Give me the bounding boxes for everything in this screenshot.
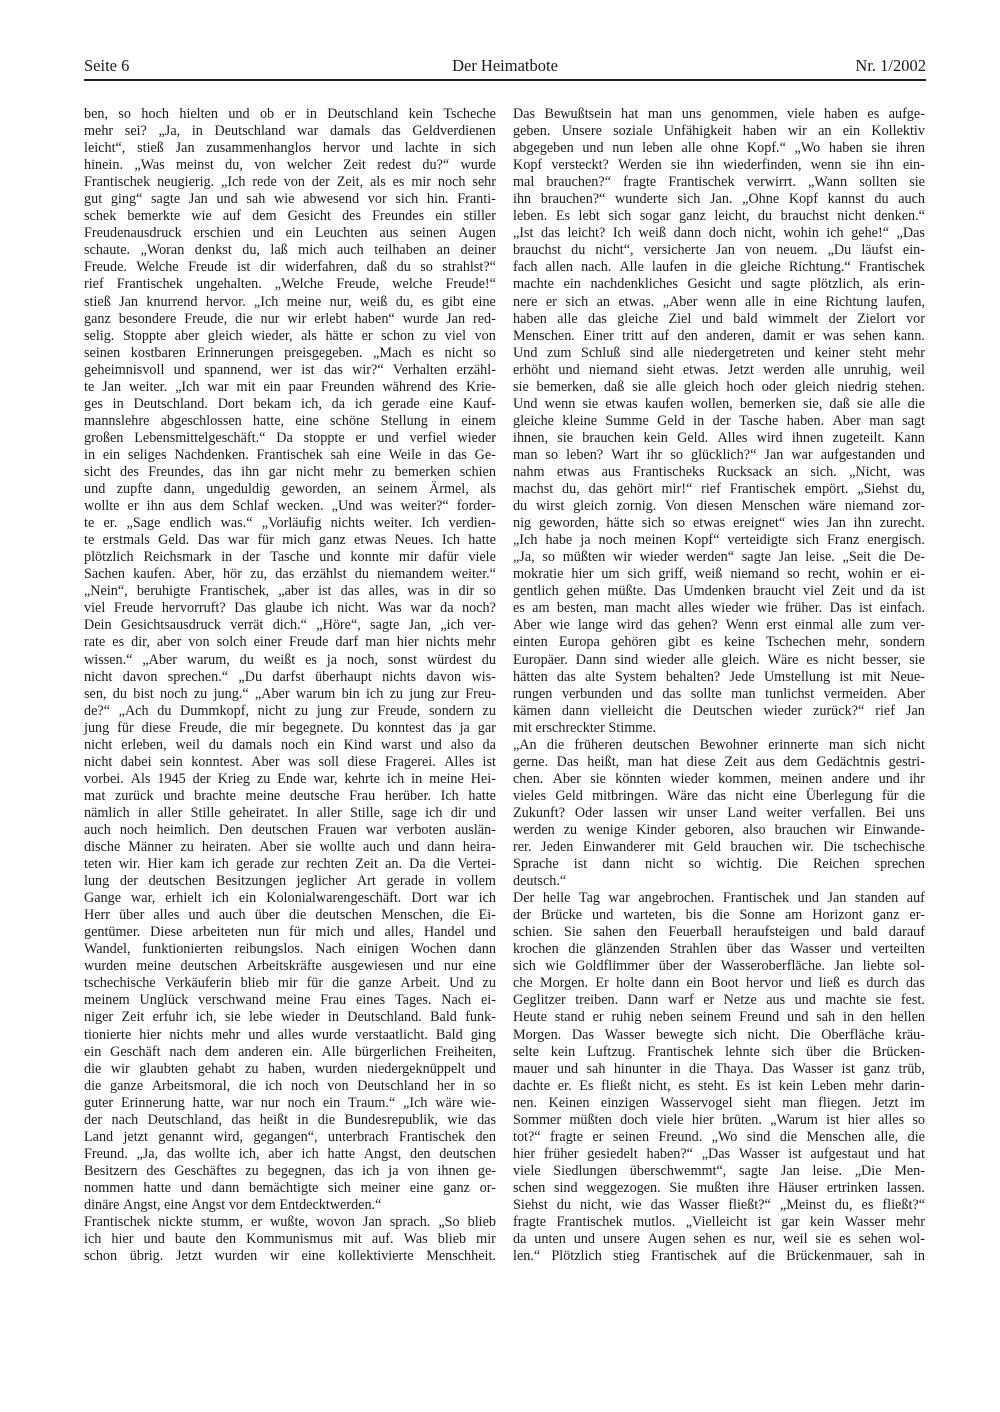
word: Welche xyxy=(136,259,178,276)
text-line: Freude.WelcheFreudeistdirwiderfahren,daß… xyxy=(84,259,496,276)
word: Sie xyxy=(564,924,582,941)
word: Land xyxy=(727,805,756,822)
word: ihn xyxy=(241,464,259,481)
word: Gesicht xyxy=(288,208,331,225)
word: kam xyxy=(180,856,204,873)
word: sie xyxy=(851,157,867,174)
word: er xyxy=(128,498,139,515)
word: in xyxy=(464,1078,475,1095)
word: Ich xyxy=(441,788,459,805)
word: gehen? xyxy=(677,617,717,634)
word: du, xyxy=(225,157,243,174)
word: tritt xyxy=(622,328,643,345)
word: und xyxy=(904,447,925,464)
word: man xyxy=(628,754,652,771)
word: Es xyxy=(556,208,570,225)
word: weiß xyxy=(695,566,723,583)
word: darfst xyxy=(272,669,304,686)
word: wieder xyxy=(711,600,750,617)
word: alte xyxy=(585,669,605,686)
word: was xyxy=(288,754,310,771)
word: sich xyxy=(714,1027,737,1044)
word: auch xyxy=(219,907,246,924)
word: ohne xyxy=(711,140,739,157)
word: wieder xyxy=(457,430,496,447)
word: Menschheit. xyxy=(426,1248,496,1265)
word: man xyxy=(365,634,389,651)
word: Erinnerung xyxy=(121,1095,185,1112)
word: die xyxy=(879,549,896,566)
word: nichts xyxy=(382,669,416,686)
word: nichts xyxy=(169,1027,203,1044)
word: verfallen. xyxy=(812,805,866,822)
word: eine xyxy=(302,1248,326,1265)
word: sagt xyxy=(902,413,925,430)
word: ganz xyxy=(319,532,346,549)
word: Frantischek xyxy=(84,1214,150,1231)
word: und xyxy=(795,992,816,1009)
word: einfach. xyxy=(880,600,925,617)
word: zurück?“ xyxy=(813,703,864,720)
word: von xyxy=(254,157,275,174)
word: kannst xyxy=(828,191,865,208)
word: nere xyxy=(513,294,537,311)
word: in xyxy=(138,805,149,822)
word: Tasche xyxy=(270,549,309,566)
word: in xyxy=(914,1248,925,1265)
word: soziale xyxy=(613,123,652,140)
word: Frantischek xyxy=(647,1044,713,1061)
word: glücklich?“ xyxy=(691,447,756,464)
word: weiter xyxy=(766,805,801,822)
word: dabei xyxy=(121,754,152,771)
word: was xyxy=(823,328,845,345)
word: Geld. xyxy=(677,430,708,447)
word: Jetzt xyxy=(872,1095,898,1112)
word: Wasser xyxy=(739,1146,780,1163)
word: macht xyxy=(636,600,671,617)
word: Ich xyxy=(421,515,439,532)
word: Nach xyxy=(315,941,345,958)
word: knurrend xyxy=(146,294,197,311)
word: Sie xyxy=(669,1180,687,1197)
word: brauchen xyxy=(582,430,634,447)
word: „Seit xyxy=(843,549,871,566)
word: in xyxy=(438,583,449,600)
word: „Was xyxy=(134,157,164,174)
word: in xyxy=(328,1009,339,1026)
word: etwas xyxy=(693,515,725,532)
word: ich, xyxy=(301,396,322,413)
word: wie xyxy=(191,208,212,225)
word: die xyxy=(433,856,450,873)
word: Dein xyxy=(84,617,112,634)
word: Schlaf xyxy=(232,498,268,515)
word: unruhig, xyxy=(844,362,892,379)
word: fließt?“ xyxy=(882,1197,925,1214)
text-line: derBrückeundwarteten,bisdieSonneamHorizo… xyxy=(513,907,925,924)
word: Wasser xyxy=(845,1214,886,1231)
word: übrig. xyxy=(130,1248,164,1265)
word: sich xyxy=(796,532,819,549)
word: an xyxy=(437,242,450,259)
word: zornig. xyxy=(616,498,656,515)
word: glaubten xyxy=(139,1061,188,1078)
word: wie xyxy=(621,1197,642,1214)
word: das xyxy=(448,447,467,464)
word: es xyxy=(422,345,434,362)
word: Und xyxy=(513,345,537,362)
word: ereignet“ xyxy=(733,515,785,532)
word: er. xyxy=(558,1078,572,1095)
word: Frantischek, xyxy=(199,583,269,600)
word: ich xyxy=(425,805,442,822)
word: und xyxy=(558,362,579,379)
word: zor- xyxy=(902,498,925,515)
text-line: miterschreckterStimme. xyxy=(513,720,925,737)
word: er- xyxy=(909,907,924,924)
word: dachte xyxy=(513,1078,550,1095)
word: für xyxy=(257,532,274,549)
word: verbunden xyxy=(562,686,622,703)
word: Freund. xyxy=(659,1129,703,1146)
word: rede xyxy=(252,174,276,191)
word: noch xyxy=(287,1095,315,1112)
word: als xyxy=(370,174,386,191)
word: Einwande- xyxy=(863,822,924,839)
word: Freude xyxy=(289,634,328,651)
word: in xyxy=(429,447,440,464)
word: Oberfläche xyxy=(821,1027,884,1044)
word: „Warum xyxy=(770,1112,818,1129)
word: sehen xyxy=(859,1231,891,1248)
word: keiner xyxy=(814,345,849,362)
word: Siedlungen xyxy=(553,1163,617,1180)
word: weil xyxy=(901,362,925,379)
word: sicht xyxy=(84,464,111,481)
word: Reichen xyxy=(813,856,859,873)
word: den xyxy=(216,1231,237,1248)
word: bis xyxy=(686,907,703,924)
word: Kopf xyxy=(789,191,818,208)
word: Von xyxy=(665,498,688,515)
word: brauchen?“ xyxy=(541,191,606,208)
word: Freude!“ xyxy=(446,276,496,293)
text-line: Frantischekneugierig.„IchredevonderZeit,… xyxy=(84,174,496,191)
word: und xyxy=(475,805,496,822)
word: hinein. xyxy=(84,157,123,174)
word: etwas. xyxy=(683,362,719,379)
word: mich xyxy=(315,924,343,941)
word: wenn xyxy=(706,294,737,311)
word: nicht xyxy=(735,788,763,805)
word: die xyxy=(568,941,585,958)
word: brauchst xyxy=(513,242,561,259)
word: wie xyxy=(447,1112,468,1129)
word: ob xyxy=(260,106,274,123)
word: wimmelt xyxy=(768,311,818,328)
word: „Ich xyxy=(221,174,245,191)
word: es xyxy=(867,106,879,123)
word: uns xyxy=(905,805,925,822)
word: Schluß xyxy=(581,345,620,362)
text-line: „AndiefrüherendeutschenBewohnererinnerte… xyxy=(513,737,925,754)
word: meiner xyxy=(361,1180,400,1197)
word: er xyxy=(285,106,296,123)
word: dafür xyxy=(429,549,459,566)
word: red- xyxy=(473,311,496,328)
word: in xyxy=(670,1061,681,1078)
word: genannt xyxy=(158,1129,203,1146)
word: als xyxy=(873,276,889,293)
word: stieß xyxy=(137,140,164,157)
word: du, xyxy=(907,481,925,498)
word: wäre xyxy=(808,498,836,515)
word: Umdenken xyxy=(683,583,745,600)
word: Geglitzer xyxy=(513,992,566,1009)
word: und xyxy=(582,140,603,157)
word: wohin xyxy=(848,566,883,583)
word: Lebensmittelgeschäft.“ xyxy=(134,430,265,447)
word: ja xyxy=(460,720,470,737)
word: lassen xyxy=(613,805,648,822)
word: begegnete. xyxy=(282,720,343,737)
word: ich xyxy=(212,890,229,907)
text-line: dieganzeArbeitsmoral,dieichnochvonDeutsc… xyxy=(84,1078,496,1095)
word: die xyxy=(84,1078,101,1095)
word: Bewußtsein xyxy=(545,106,612,123)
word: über xyxy=(727,941,752,958)
word: Men- xyxy=(894,1163,925,1180)
word: vielleicht xyxy=(600,703,653,720)
word: nommen xyxy=(84,1180,134,1197)
word: Vertei- xyxy=(457,856,496,873)
word: De- xyxy=(904,549,925,566)
word: sie xyxy=(871,140,887,157)
word: in xyxy=(843,1009,854,1026)
word: nämlich xyxy=(84,805,130,822)
word: Morgen. xyxy=(540,975,588,992)
word: teten xyxy=(84,856,112,873)
word: in xyxy=(84,447,95,464)
word: Frantischek xyxy=(723,890,789,907)
word: rief xyxy=(84,276,104,293)
word: Zukunft? xyxy=(513,805,565,822)
word: und xyxy=(798,890,819,907)
word: haben xyxy=(824,106,858,123)
word: wurde xyxy=(403,311,438,328)
word: gibt xyxy=(442,294,464,311)
word: auch xyxy=(337,242,364,259)
word: dann, xyxy=(164,481,195,498)
word: „Ist xyxy=(513,225,534,242)
word: „Vielleicht xyxy=(686,1214,747,1231)
word: einmal xyxy=(795,617,834,634)
word: ich xyxy=(479,890,496,907)
word: heira- xyxy=(463,839,496,856)
word: sprechen.“ xyxy=(168,669,228,686)
word: sehr xyxy=(472,174,496,191)
word: wurden xyxy=(215,1248,258,1265)
word: ja xyxy=(327,652,337,669)
word: Bundesrepublik, xyxy=(344,1112,437,1129)
text-line: Europäer.Dannsindwiederallegleich.Wärees… xyxy=(513,652,925,669)
word: die xyxy=(780,1129,797,1146)
word: und xyxy=(475,924,496,941)
word: Jan xyxy=(906,703,925,720)
word: steht xyxy=(859,345,886,362)
word: war xyxy=(207,379,228,396)
word: Krie- xyxy=(466,379,496,396)
word: du xyxy=(240,652,254,669)
word: gehabt xyxy=(198,1061,236,1078)
word: energisch. xyxy=(867,532,925,549)
word: mat xyxy=(84,788,105,805)
word: sie xyxy=(909,652,925,669)
text-line: Gangewar,erhielticheinKolonialwarengesch… xyxy=(84,890,496,907)
word: Zeit xyxy=(343,157,366,174)
word: aller xyxy=(157,805,182,822)
word: fragte xyxy=(513,1214,546,1231)
word: nicht“, xyxy=(595,242,633,259)
word: Aber xyxy=(259,839,287,856)
word: Wochen xyxy=(410,941,456,958)
word: mir!“ xyxy=(662,481,693,498)
word: mokratie xyxy=(513,566,563,583)
word: des xyxy=(439,379,458,396)
word: wunderte xyxy=(615,191,668,208)
word: „Sage xyxy=(127,515,161,532)
word: holte xyxy=(616,975,644,992)
word: wird xyxy=(617,617,643,634)
word: niedergetreten xyxy=(693,345,774,362)
word: als xyxy=(480,481,496,498)
text-line: gleichekleineSummeGeldinderTaschehaben.A… xyxy=(513,413,925,430)
text-line: tot?“fragteerseinenFreund.„WosinddieMens… xyxy=(513,1129,925,1146)
word: geworden, xyxy=(539,515,599,532)
text-line: selig.Stoppteabergleichwieder,alshätteer… xyxy=(84,328,496,345)
word: Weile xyxy=(389,447,422,464)
text-line: machstdu,dasgehörtmir!“riefFrantischekem… xyxy=(513,481,925,498)
word: Frantischek xyxy=(730,481,796,498)
word: den xyxy=(677,328,698,345)
word: Angst, xyxy=(364,1146,401,1163)
word: konnte xyxy=(350,549,389,566)
word: laß xyxy=(270,242,287,259)
word: seinem xyxy=(377,481,417,498)
word: und xyxy=(784,345,805,362)
word: hatte, xyxy=(193,1095,224,1112)
word: te xyxy=(84,515,94,532)
word: da xyxy=(332,396,345,413)
word: kleine xyxy=(562,413,597,430)
word: standen xyxy=(855,890,898,907)
word: zusammenhanglos xyxy=(206,140,311,157)
word: anderen, xyxy=(706,328,754,345)
word: rer. xyxy=(513,839,532,856)
word: gentlich xyxy=(513,583,559,600)
word: Netze xyxy=(724,992,757,1009)
word: du, xyxy=(396,294,414,311)
word: Erinnerungen xyxy=(196,345,273,362)
word: auf xyxy=(728,1248,746,1265)
word: Zielort xyxy=(857,311,896,328)
word: die xyxy=(758,1248,775,1265)
word: sie, xyxy=(803,396,822,413)
word: sich. xyxy=(810,464,836,481)
word: gut xyxy=(84,191,102,208)
word: sich xyxy=(608,208,631,225)
word: aber xyxy=(268,1146,292,1163)
word: stoppte xyxy=(304,430,345,447)
word: meine xyxy=(136,958,171,975)
word: Jan xyxy=(827,515,846,532)
word: an xyxy=(597,294,610,311)
word: von xyxy=(407,1163,428,1180)
word: len.“ xyxy=(513,1248,540,1265)
word: ihren xyxy=(896,140,925,157)
text-line: ineinseligesNachdenken.Frantischeksahein… xyxy=(84,447,496,464)
word: unten xyxy=(534,1231,566,1248)
word: „Woran xyxy=(141,242,185,259)
word: und xyxy=(398,839,419,856)
word: so xyxy=(787,566,800,583)
text-line: BesitzerndesGeschäfteszubegegnen,dasichj… xyxy=(84,1163,496,1180)
word: unser xyxy=(687,805,718,822)
word: viele xyxy=(468,549,496,566)
text-line: schonübrig.Jetztwurdenwireinekollektivie… xyxy=(84,1248,496,1265)
word: wir xyxy=(836,822,855,839)
word: Verhalten xyxy=(393,362,447,379)
word: mit xyxy=(237,379,256,396)
text-line: „Ja,somüßtenwirwiederwerden“sagteJanleis… xyxy=(513,549,925,566)
word: Menschen xyxy=(806,1129,864,1146)
word: wir?“ xyxy=(352,362,384,379)
word: die xyxy=(908,396,925,413)
word: Unsere xyxy=(562,123,602,140)
text-line: mannslehreabgeschlossenhatte,eineschöneS… xyxy=(84,413,496,430)
text-line: riefFrantischekungehalten.„WelcheFreude,… xyxy=(84,276,496,293)
word: kehrte xyxy=(345,771,380,788)
word: reibungslos. xyxy=(234,941,303,958)
word: seliges xyxy=(128,447,167,464)
word: Sonne xyxy=(740,907,775,924)
word: sich xyxy=(565,294,588,311)
word: Stoppte xyxy=(123,328,166,345)
word: sieht xyxy=(744,1095,771,1112)
word: ganze xyxy=(358,975,391,992)
text-line: matzurückundbrachtemeinedeutscheFrauherü… xyxy=(84,788,496,805)
word: tunlichst xyxy=(765,686,814,703)
word: die xyxy=(230,720,247,737)
word: Kopf xyxy=(513,157,542,174)
word: und xyxy=(475,1061,496,1078)
word: viel xyxy=(445,328,466,345)
word: Aber xyxy=(251,754,279,771)
word: wieder xyxy=(640,549,679,566)
word: deutschen xyxy=(439,1146,496,1163)
word: erstmals xyxy=(103,532,150,549)
word: weiter. xyxy=(374,515,412,532)
word: ich, xyxy=(239,1146,260,1163)
word: versteckt? xyxy=(551,157,609,174)
word: Frantischeks xyxy=(633,464,705,481)
word: Jan xyxy=(189,191,208,208)
word: von xyxy=(188,634,209,651)
word: das xyxy=(231,1112,250,1129)
word: blieb xyxy=(438,1231,466,1248)
word: aus xyxy=(379,225,398,242)
